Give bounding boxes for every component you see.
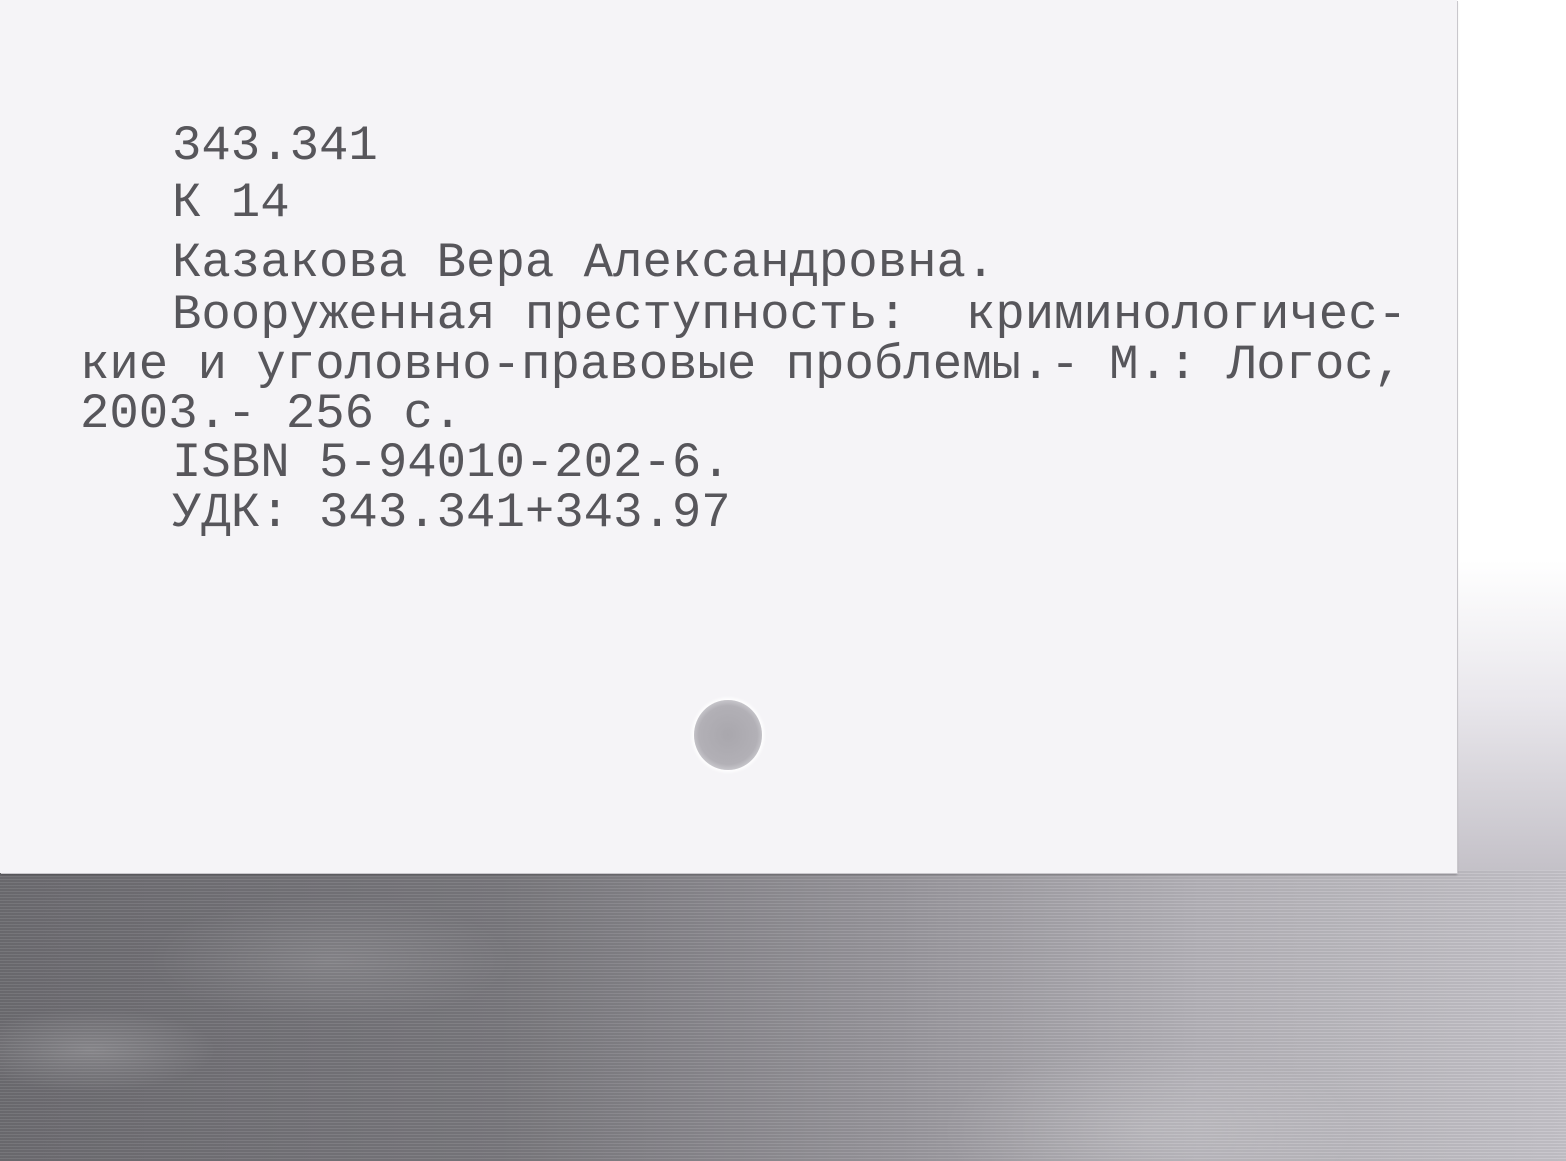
scanner-bed-right: [1457, 0, 1566, 870]
title-line-1: Вооруженная преступность: криминологичес…: [172, 290, 1407, 340]
catalog-card: 343.341 К 14 Казакова Вера Александровна…: [0, 0, 1457, 873]
author-sign: К 14: [172, 178, 290, 228]
title-line-2: кие и уголовно-правовые проблемы.- М.: Л…: [80, 340, 1403, 390]
scanner-bed-bottom: [0, 870, 1566, 1161]
isbn: ISBN 5-94010-202-6.: [172, 438, 731, 488]
author-name: Казакова Вера Александровна.: [172, 238, 995, 288]
udk: УДК: 343.341+343.97: [172, 488, 731, 538]
classification-number: 343.341: [172, 121, 378, 171]
title-line-3: 2003.- 256 с.: [80, 389, 462, 439]
punch-hole-icon: [694, 700, 762, 770]
